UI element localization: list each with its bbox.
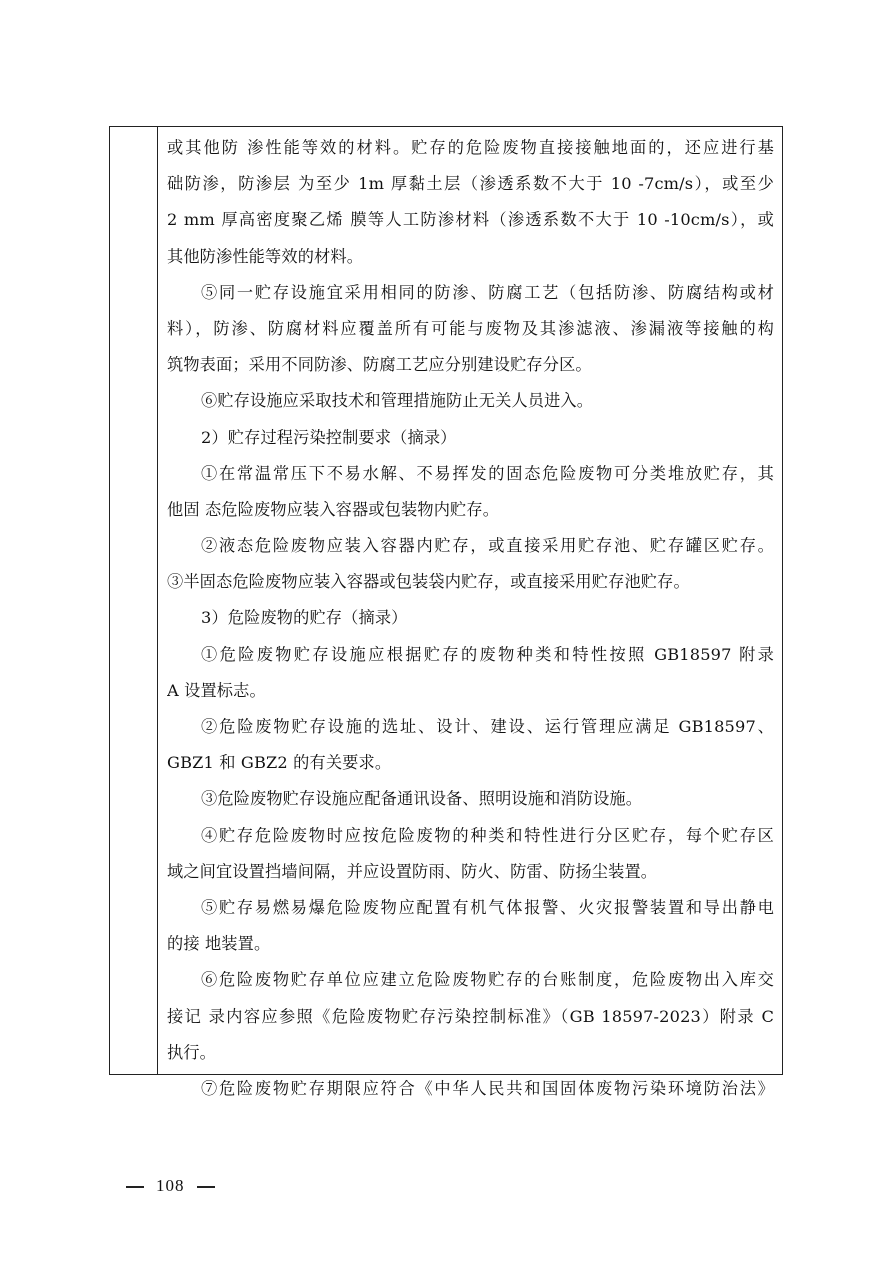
content-table: 或其他防 渗性能等效的材料。贮存的危险废物直接接触地面的，还应进行基础防渗，防渗…	[109, 126, 783, 1075]
text-line: ⑤同一贮存设施宜采用相同的防渗、防腐工艺（包括防渗、防腐结构或材	[167, 275, 774, 311]
text-line: 3）危险废物的贮存（摘录）	[167, 600, 774, 636]
page-number: 108	[156, 1176, 185, 1195]
text-line: ②液态危险废物应装入容器内贮存，或直接采用贮存池、贮存罐区贮存。	[167, 528, 774, 564]
text-line: 其他防渗性能等效的材料。	[167, 239, 774, 275]
table-content-column: 或其他防 渗性能等效的材料。贮存的危险废物直接接触地面的，还应进行基础防渗，防渗…	[158, 127, 782, 1074]
text-line: 接记 录内容应参照《危险废物贮存污染控制标准》（GB 18597-2023）附录…	[167, 999, 774, 1035]
text-line: ⑦危险废物贮存期限应符合《中华人民共和国固体废物污染环境防治法》	[167, 1071, 774, 1107]
text-line: ⑥贮存设施应采取技术和管理措施防止无关人员进入。	[167, 383, 774, 419]
text-line: ①危险废物贮存设施应根据贮存的废物种类和特性按照 GB18597 附录	[167, 637, 774, 673]
text-line: ④贮存危险废物时应按危险废物的种类和特性进行分区贮存，每个贮存区	[167, 818, 774, 854]
table-left-column	[110, 127, 158, 1074]
text-line: 料），防渗、防腐材料应覆盖所有可能与废物及其渗滤液、渗漏液等接触的构	[167, 311, 774, 347]
text-line: 的接 地装置。	[167, 926, 774, 962]
text-line: 2 mm 厚高密度聚乙烯 膜等人工防渗材料（渗透系数不大于 10 -10cm/s…	[167, 202, 774, 238]
text-line: ⑤贮存易燃易爆危险废物应配置有机气体报警、火灾报警装置和导出静电	[167, 890, 774, 926]
text-line: 他固 态危险废物应装入容器或包装物内贮存。	[167, 492, 774, 528]
text-line: GBZ1 和 GBZ2 的有关要求。	[167, 745, 774, 781]
dash-right-icon	[197, 1186, 215, 1188]
text-line: 2）贮存过程污染控制要求（摘录）	[167, 420, 774, 456]
text-line: 域之间宜设置挡墙间隔，并应设置防雨、防火、防雷、防扬尘装置。	[167, 854, 774, 890]
text-line: 或其他防 渗性能等效的材料。贮存的危险废物直接接触地面的，还应进行基	[167, 130, 774, 166]
text-line: 执行。	[167, 1035, 774, 1071]
text-line: ①在常温常压下不易水解、不易挥发的固态危险废物可分类堆放贮存，其	[167, 456, 774, 492]
text-line: A 设置标志。	[167, 673, 774, 709]
text-line: ⑥危险废物贮存单位应建立危险废物贮存的台账制度，危险废物出入库交	[167, 962, 774, 998]
text-line: ③危险废物贮存设施应配备通讯设备、照明设施和消防设施。	[167, 781, 774, 817]
text-line: ②危险废物贮存设施的选址、设计、建设、运行管理应满足 GB18597、	[167, 709, 774, 745]
page-footer: 108	[114, 1176, 227, 1196]
text-line: ③半固态危险废物应装入容器或包装袋内贮存，或直接采用贮存池贮存。	[167, 564, 774, 600]
text-line: 础防渗，防渗层 为至少 1m 厚黏土层（渗透系数不大于 10 -7cm/s），或…	[167, 166, 774, 202]
dash-left-icon	[126, 1186, 144, 1188]
text-line: 筑物表面；采用不同防渗、防腐工艺应分别建设贮存分区。	[167, 347, 774, 383]
